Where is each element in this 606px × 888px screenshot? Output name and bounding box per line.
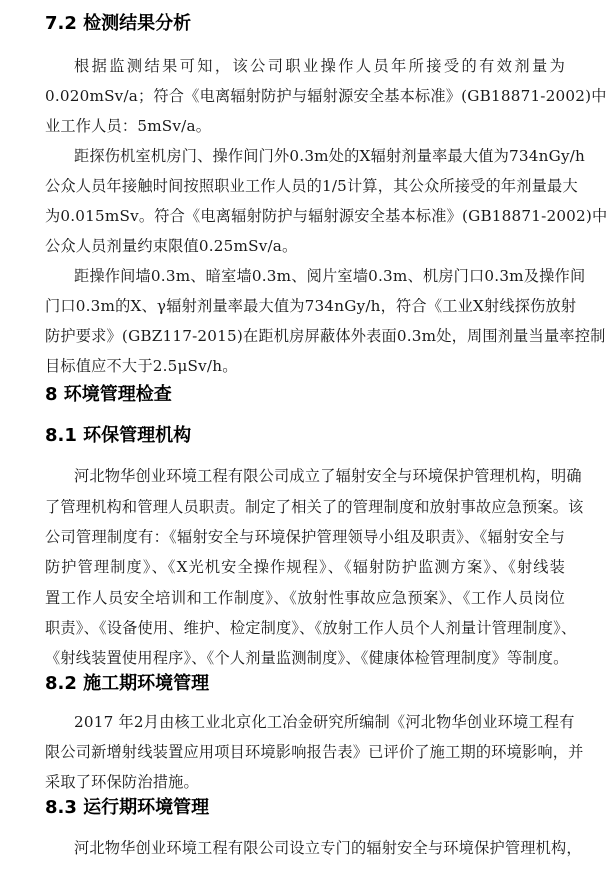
paragraph-line: 2017 年2月由核工业北京化工冶金研究所编制《河北物华创业环境工程有 [74,712,565,732]
heading-8-2: 8.2 施工期环境管理 [45,672,209,696]
paragraph-line: 公众人员剂量约束限值0.25mSv/a。 [45,236,565,256]
paragraph-line: 公众人员年接触时间按照职业工作人员的1/5计算，其公众所接受的年剂量最大 [45,176,565,196]
paragraph-line: 为0.015mSv。符合《电离辐射防护与辐射源安全基本标准》(GB18871-2… [45,206,565,226]
paragraph-line: 距操作间墙0.3m、暗室墙0.3m、阅片室墙0.3m、机房门口0.3m及操作间 [74,266,565,286]
paragraph-line: 公司管理制度有：《辐射安全与环境保护管理领导小组及职责》、《辐射安全与 [45,527,565,547]
paragraph-line: 根据监测结果可知，该公司职业操作人员年所接受的有效剂量为 [74,56,565,76]
paragraph-line: 河北物华创业环境工程有限公司设立专门的辐射安全与环境保护管理机构， [74,838,565,858]
paragraph-line: 《射线装置使用程序》、《个人剂量监测制度》、《健康体检管理制度》等制度。 [45,648,565,668]
paragraph-line: 业工作人员：5mSv/a。 [45,116,565,136]
paragraph-line: 门口0.3m的X、γ辐射剂量率最大值为734nGy/h，符合《工业X射线探伤放射 [45,296,565,316]
heading-8-3: 8.3 运行期环境管理 [45,796,209,820]
paragraph-line: 采取了环保防治措施。 [45,772,565,792]
paragraph-line: 目标值应不大于2.5μSv/h。 [45,356,565,376]
heading-7-2: 7.2 检测结果分析 [45,12,191,36]
heading-8-1: 8.1 环保管理机构 [45,424,191,448]
paragraph-line: 河北物华创业环境工程有限公司成立了辐射安全与环境保护管理机构，明确 [74,466,565,486]
document-page: 7.2 检测结果分析 根据监测结果可知，该公司职业操作人员年所接受的有效剂量为 … [0,0,606,888]
paragraph-line: 防护要求》(GBZ117-2015)在距机房屏蔽体外表面0.3m处，周围剂量当量… [45,326,565,346]
paragraph-line: 职责》、《设备使用、维护、检定制度》、《放射工作人员个人剂量计管理制度》、 [45,618,565,638]
paragraph-line: 距探伤机室机房门、操作间门外0.3m处的X辐射剂量率最大值为734nGy/h [74,146,565,166]
paragraph-line: 置工作人员安全培训和工作制度》、《放射性事故应急预案》、《工作人员岗位 [45,588,565,608]
paragraph-line: 防护管理制度》、《X光机安全操作规程》、《辐射防护监测方案》、《射线装 [45,557,565,577]
paragraph-line: 了管理机构和管理人员职责。制定了相关了的管理制度和放射事故应急预案。该 [45,497,565,517]
paragraph-line: 限公司新增射线装置应用项目环境影响报告表》已评价了施工期的环境影响，并 [45,742,565,762]
heading-8: 8 环境管理检查 [45,383,172,407]
paragraph-line: 0.020mSv/a；符合《电离辐射防护与辐射源安全基本标准》(GB18871-… [45,86,565,106]
